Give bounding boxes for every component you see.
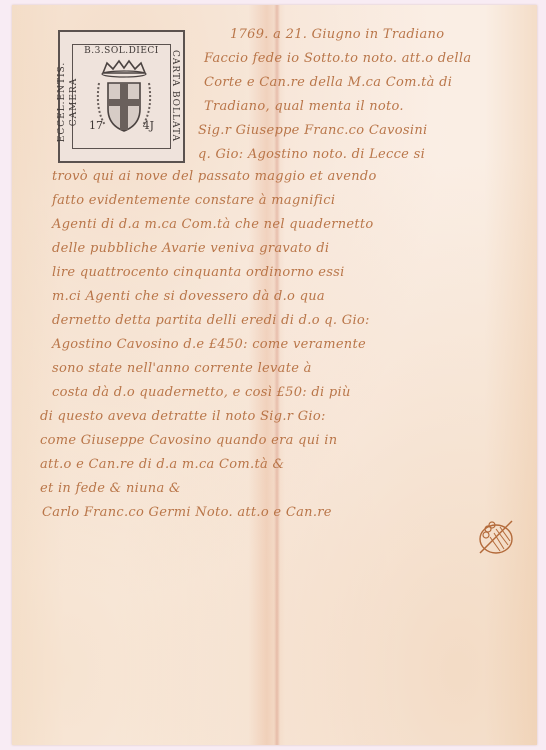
- tax-stamp: B.3.SOL.DIECI 17 4J ECCEL.ENTIS. CAMERA …: [58, 30, 185, 163]
- stamp-frame: B.3.SOL.DIECI 17 4J: [72, 44, 171, 149]
- notarial-seal-icon: [474, 515, 518, 561]
- document-paper: B.3.SOL.DIECI 17 4J ECCEL.ENTIS. CAMERA …: [12, 5, 537, 745]
- notary-signature: Carlo Franc.co Germi Noto. att.o e Can.r…: [42, 505, 332, 520]
- manuscript-line: fatto evidentemente constare à magnifici: [52, 193, 335, 208]
- manuscript-line: m.ci Agenti che si dovessero dà d.o qua: [52, 289, 325, 304]
- stamp-right-text: CARTA BOLLATA: [169, 36, 181, 156]
- manuscript-line: lire quattrocento cinquanta ordinorno es…: [52, 265, 345, 280]
- manuscript-line: costa dà d.o quadernetto, e così £50: di…: [52, 385, 351, 400]
- stamp-year-left: 17: [89, 119, 103, 132]
- manuscript-line: Sig.r Giuseppe Franc.co Cavosini: [198, 123, 427, 138]
- manuscript-line: Corte e Can.re della M.ca Com.tà di: [204, 75, 452, 90]
- manuscript-line: come Giuseppe Cavosino quando era qui in: [40, 433, 337, 448]
- manuscript-line: dernetto detta partita delli eredi di d.…: [52, 313, 370, 328]
- manuscript-line: sono state nell'anno corrente levate à: [52, 361, 312, 376]
- manuscript-line: q. Gio: Agostino noto. di Lecce si: [198, 147, 425, 162]
- manuscript-line: Tradiano, qual menta il noto.: [204, 99, 404, 114]
- manuscript-line: trovò qui ai nove del passato maggio et …: [52, 169, 377, 184]
- manuscript-line: Agostino Cavosino d.e £450: come veramen…: [52, 337, 366, 352]
- manuscript-line: di questo aveva detratte il noto Sig.r G…: [40, 409, 326, 424]
- stamp-left-text: ECCEL.ENTIS. CAMERA: [56, 42, 80, 162]
- stamp-year-right: 4J: [143, 119, 154, 132]
- manuscript-line: Faccio fede io Sotto.to noto. att.o dell…: [204, 51, 471, 66]
- manuscript-line: delle pubbliche Avarie veniva gravato di: [52, 241, 329, 256]
- manuscript-line: Agenti di d.a m.ca Com.tà che nel quader…: [52, 217, 374, 232]
- manuscript-line: 1769. a 21. Giugno in Tradiano: [230, 27, 444, 42]
- manuscript-line: et in fede & niuna &: [40, 481, 181, 496]
- stamp-top-text: B.3.SOL.DIECI: [73, 45, 170, 57]
- manuscript-line: att.o e Can.re di d.a m.ca Com.tà &: [40, 457, 284, 472]
